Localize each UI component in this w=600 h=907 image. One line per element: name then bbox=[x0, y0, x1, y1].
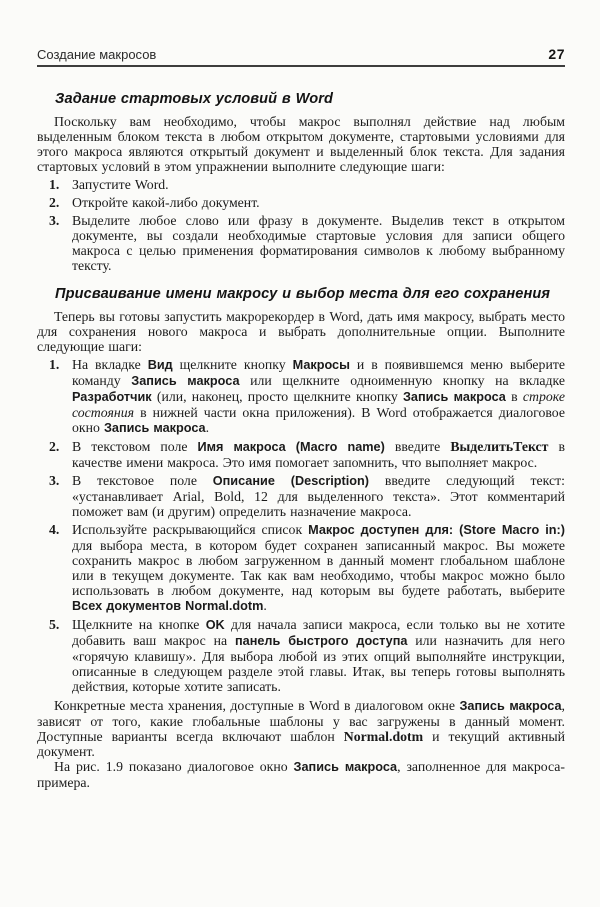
list-item: 3. Выделите любое слово или фразу в доку… bbox=[49, 213, 565, 273]
section2-intro-paragraph: Теперь вы готовы запустить макрорекордер… bbox=[37, 309, 565, 354]
page-body: Задание стартовых условий в Word Посколь… bbox=[37, 91, 565, 790]
list-item: 1. Запустите Word. bbox=[49, 177, 565, 192]
list-item-text: Запустите Word. bbox=[72, 177, 565, 192]
list-item: 3. В текстовое поле Описание (Descriptio… bbox=[49, 473, 565, 519]
section2-steps-list: 1. На вкладке Вид щелкните кнопку Макрос… bbox=[37, 357, 565, 694]
section2-heading: Присваивание имени макросу и выбор места… bbox=[55, 286, 565, 303]
list-item-text: Откройте какой-либо документ. bbox=[72, 195, 565, 210]
list-item-number: 3. bbox=[49, 473, 72, 519]
list-item-text: В текстовое поле Описание (Description) … bbox=[72, 473, 565, 519]
list-item-text: Используйте раскрывающийся список Макрос… bbox=[72, 522, 565, 614]
closing-paragraph-storage: Конкретные места хранения, доступные в W… bbox=[37, 698, 565, 759]
list-item: 2. В текстовом поле Имя макроса (Macro n… bbox=[49, 439, 565, 470]
list-item: 2. Откройте какой-либо документ. bbox=[49, 195, 565, 210]
list-item-number: 5. bbox=[49, 617, 72, 694]
list-item: 4. Используйте раскрывающийся список Мак… bbox=[49, 522, 565, 614]
list-item: 1. На вкладке Вид щелкните кнопку Макрос… bbox=[49, 357, 565, 436]
list-item: 5. Щелкните на кнопке OK для начала запи… bbox=[49, 617, 565, 694]
running-title: Создание макросов bbox=[37, 47, 156, 62]
page-header: Создание макросов 27 bbox=[37, 46, 565, 67]
book-page: Создание макросов 27 Задание стартовых у… bbox=[0, 0, 600, 907]
list-item-text: Выделите любое слово или фразу в докумен… bbox=[72, 213, 565, 273]
list-item-number: 1. bbox=[49, 177, 72, 192]
closing-paragraph-figure-ref: На рис. 1.9 показано диалоговое окно Зап… bbox=[37, 759, 565, 790]
list-item-text: На вкладке Вид щелкните кнопку Макросы и… bbox=[72, 357, 565, 436]
section1-intro-paragraph: Поскольку вам необходимо, чтобы макрос в… bbox=[37, 114, 565, 174]
list-item-text: В текстовом поле Имя макроса (Macro name… bbox=[72, 439, 565, 470]
list-item-number: 2. bbox=[49, 439, 72, 470]
page-number: 27 bbox=[548, 46, 565, 62]
list-item-number: 2. bbox=[49, 195, 72, 210]
list-item-text: Щелкните на кнопке OK для начала записи … bbox=[72, 617, 565, 694]
section1-steps-list: 1. Запустите Word. 2. Откройте какой-либ… bbox=[37, 177, 565, 273]
section1-heading: Задание стартовых условий в Word bbox=[55, 91, 565, 108]
list-item-number: 3. bbox=[49, 213, 72, 273]
list-item-number: 1. bbox=[49, 357, 72, 436]
list-item-number: 4. bbox=[49, 522, 72, 614]
